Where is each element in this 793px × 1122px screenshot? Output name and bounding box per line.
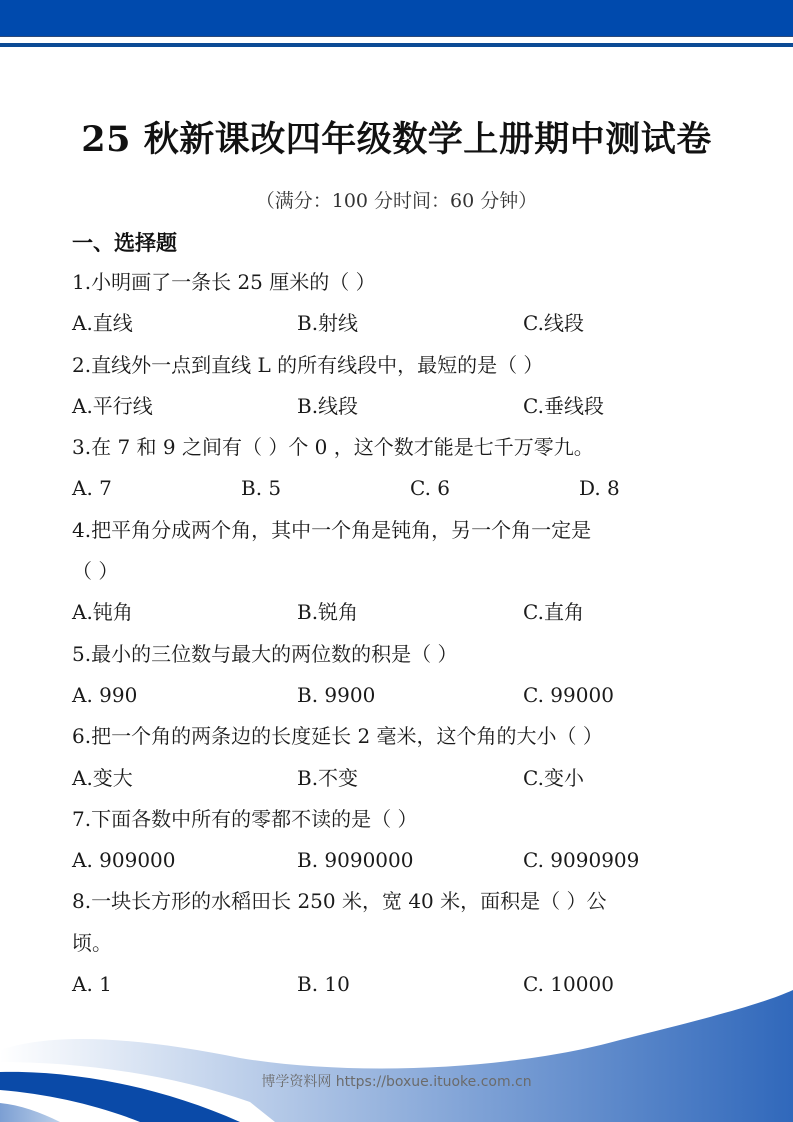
- option-b: B.线段: [297, 386, 358, 427]
- option-c: C.直角: [523, 592, 584, 633]
- option-a: A.变大: [72, 758, 133, 799]
- option-a: A. 909000: [72, 840, 176, 881]
- question-3-text: 3.在 7 和 9 之间有（ ）个 0 ，这个数才能是七千万零九。: [72, 427, 732, 468]
- page-subtitle: （满分：100 分时间：60 分钟）: [0, 186, 793, 213]
- question-6-text: 6.把一个角的两条边的长度延长 2 毫米，这个角的大小（ ）: [72, 716, 732, 757]
- question-5-options: A. 990 B. 9900 C. 99000: [72, 675, 732, 716]
- question-2-text: 2.直线外一点到直线 L 的所有线段中，最短的是（ ）: [72, 345, 732, 386]
- question-7-text: 7.下面各数中所有的零都不读的是（ ）: [72, 799, 732, 840]
- option-c: C.变小: [523, 758, 584, 799]
- option-c: C.线段: [523, 303, 584, 344]
- option-a: A.平行线: [72, 386, 153, 427]
- bottom-wave-decoration: [0, 990, 793, 1122]
- question-list: 1.小明画了一条长 25 厘米的（ ） A.直线 B.射线 C.线段 2.直线外…: [72, 262, 732, 1005]
- question-5-text: 5.最小的三位数与最大的两位数的积是（ ）: [72, 634, 732, 675]
- question-3-options: A. 7 B. 5 C. 6 D. 8: [72, 468, 732, 509]
- page-title: 25 秋新课改四年级数学上册期中测试卷: [0, 112, 793, 162]
- option-b: B. 9090000: [297, 840, 413, 881]
- option-b: B. 9900: [297, 675, 375, 716]
- question-8-text-cont: 顷。: [72, 923, 732, 964]
- question-2-options: A.平行线 B.线段 C.垂线段: [72, 386, 732, 427]
- footer-website-text: 博学资料网 https://boxue.ituoke.com.cn: [0, 1071, 793, 1091]
- header-bar: [0, 0, 793, 37]
- option-b: B.锐角: [297, 592, 358, 633]
- question-4-text: 4.把平角分成两个角，其中一个角是钝角，另一个角一定是: [72, 510, 732, 551]
- option-a: A. 7: [72, 468, 112, 509]
- option-b: B.射线: [297, 303, 358, 344]
- option-b: B. 5: [241, 468, 281, 509]
- question-4-text-cont: （ ）: [72, 551, 732, 592]
- question-1-text: 1.小明画了一条长 25 厘米的（ ）: [72, 262, 732, 303]
- option-c: C.垂线段: [523, 386, 604, 427]
- question-6-options: A.变大 B.不变 C.变小: [72, 758, 732, 799]
- option-a: A.直线: [72, 303, 133, 344]
- question-7-options: A. 909000 B. 9090000 C. 9090909: [72, 840, 732, 881]
- option-a: A. 990: [72, 675, 137, 716]
- option-c: C. 99000: [523, 675, 614, 716]
- option-a: A.钝角: [72, 592, 133, 633]
- question-8-text: 8.一块长方形的水稻田长 250 米，宽 40 米，面积是（ ）公: [72, 881, 732, 922]
- option-d: D. 8: [579, 468, 620, 509]
- option-b: B.不变: [297, 758, 358, 799]
- question-4-options: A.钝角 B.锐角 C.直角: [72, 592, 732, 633]
- header-divider-line: [0, 43, 793, 47]
- option-c: C. 9090909: [523, 840, 639, 881]
- option-c: C. 6: [410, 468, 450, 509]
- section-heading: 一、选择题: [72, 227, 177, 257]
- question-1-options: A.直线 B.射线 C.线段: [72, 303, 732, 344]
